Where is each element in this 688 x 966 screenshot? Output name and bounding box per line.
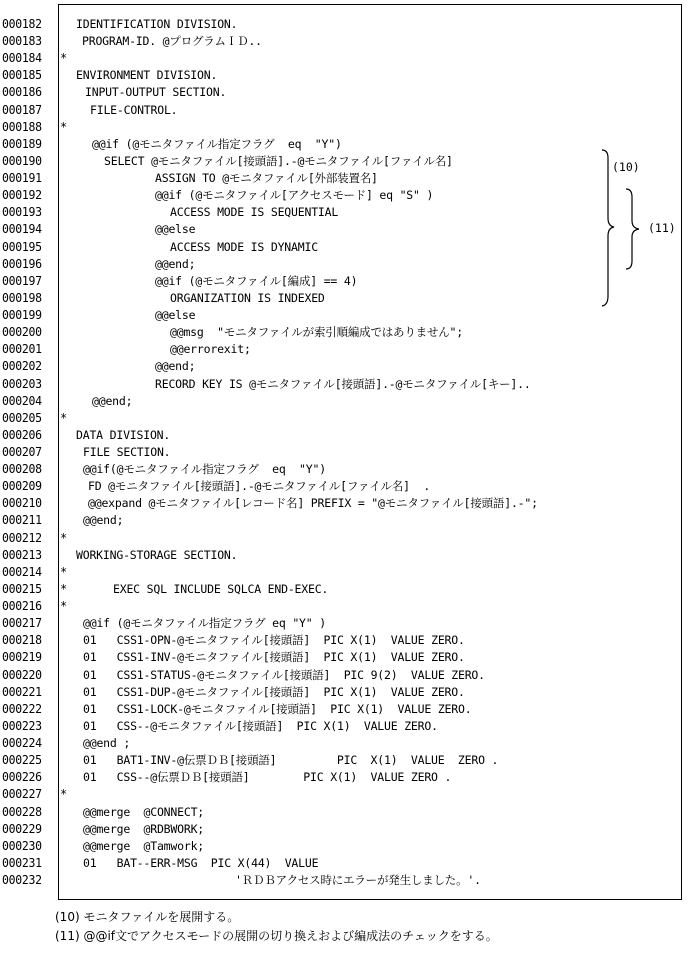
line-number: 000216 — [2, 598, 56, 616]
code-line: @@if (@モニタファイル指定フラグ eq "Y") — [92, 136, 342, 153]
line-number: 000225 — [2, 752, 56, 770]
line-number: 000204 — [2, 393, 56, 411]
line-number: 000224 — [2, 735, 56, 753]
comment-marker: * — [60, 581, 67, 598]
code-line: @@merge @RDBWORK; — [83, 821, 204, 838]
code-line: @@if (@モニタファイル指定フラグ eq "Y" ) — [83, 615, 326, 632]
footnote-10: (10) モニタファイルを展開する。 — [55, 908, 239, 926]
code-line: ASSIGN TO @モニタファイル[外部装置名] — [155, 170, 378, 187]
line-number: 000209 — [2, 478, 56, 496]
code-line: @@errorexit; — [170, 341, 251, 358]
comment-marker: * — [60, 530, 67, 547]
code-line: @@end; — [83, 512, 123, 529]
line-number: 000187 — [2, 102, 56, 120]
line-number: 000184 — [2, 50, 56, 68]
code-line: FD @モニタファイル[接頭語].-@モニタファイル[ファイル名] . — [88, 478, 430, 495]
line-number: 000226 — [2, 769, 56, 787]
line-number: 000229 — [2, 821, 56, 839]
line-number: 000231 — [2, 855, 56, 873]
code-line: @@msg "モニタファイルが索引順編成ではありません"; — [170, 324, 463, 341]
line-number: 000218 — [2, 632, 56, 650]
line-number: 000188 — [2, 119, 56, 137]
brace-10-label: (10) — [612, 159, 640, 176]
line-number: 000202 — [2, 358, 56, 376]
line-number: 000205 — [2, 410, 56, 428]
line-number: 000194 — [2, 221, 56, 239]
code-line: @@expand @モニタファイル[レコード名] PREFIX = "@モニタフ… — [88, 495, 538, 512]
code-line: @@else — [155, 307, 195, 324]
code-line: ENVIRONMENT DIVISION. — [76, 67, 217, 84]
line-number: 000220 — [2, 667, 56, 685]
footnote-11: (11) @@if文でアクセスモードの展開の切り換えおよび編成法のチェックをする… — [55, 927, 498, 945]
line-number: 000200 — [2, 324, 56, 342]
line-number: 000213 — [2, 547, 56, 565]
code-line: @@end; — [92, 393, 132, 410]
line-number: 000189 — [2, 136, 56, 154]
line-number: 000232 — [2, 872, 56, 890]
line-number: 000190 — [2, 153, 56, 171]
comment-marker: * — [60, 50, 67, 67]
brace-11-icon — [624, 187, 642, 271]
line-number: 000203 — [2, 376, 56, 394]
code-line: @@if (@モニタファイル[アクセスモード] eq "S" ) — [155, 187, 433, 204]
comment-marker: * — [60, 564, 67, 581]
code-line: ACCESS MODE IS DYNAMIC — [170, 239, 318, 256]
line-number: 000219 — [2, 649, 56, 667]
line-number: 000191 — [2, 170, 56, 188]
line-number: 000221 — [2, 684, 56, 702]
code-line: INPUT-OUTPUT SECTION. — [85, 84, 226, 101]
comment-marker: * — [60, 410, 67, 427]
line-number: 000183 — [2, 33, 56, 51]
code-line: @@merge @CONNECT; — [83, 804, 204, 821]
code-line: @@end; — [155, 358, 195, 375]
code-line: 01 CSS1-DUP-@モニタファイル[接頭語] PIC X(1) VALUE… — [83, 684, 465, 701]
line-number: 000214 — [2, 564, 56, 582]
brace-11-label: (11) — [648, 220, 676, 237]
code-line: RECORD KEY IS @モニタファイル[接頭語].-@モニタファイル[キー… — [155, 376, 531, 393]
line-number: 000217 — [2, 615, 56, 633]
code-line: 01 CSS--@モニタファイル[接頭語] PIC X(1) VALUE ZER… — [83, 718, 438, 735]
code-line: 01 CSS1-STATUS-@モニタファイル[接頭語] PIC 9(2) VA… — [83, 667, 485, 684]
code-line: PROGRAM-ID. @プログラムＩＤ.. — [82, 33, 262, 50]
line-number: 000198 — [2, 290, 56, 308]
code-line: FILE SECTION. — [83, 444, 170, 461]
line-number: 000182 — [2, 16, 56, 34]
line-number: 000227 — [2, 786, 56, 804]
code-line: WORKING-STORAGE SECTION. — [76, 547, 237, 564]
line-number: 000196 — [2, 256, 56, 274]
line-number: 000210 — [2, 495, 56, 513]
code-line: @@end; — [155, 256, 195, 273]
line-number: 000215 — [2, 581, 56, 599]
comment-marker: * — [60, 119, 67, 136]
line-number: 000206 — [2, 427, 56, 445]
code-line: 01 CSS1-LOCK-@モニタファイル[接頭語] PIC X(1) VALU… — [83, 701, 471, 718]
line-number: 000222 — [2, 701, 56, 719]
code-line: @@end ; — [83, 735, 130, 752]
line-number: 000192 — [2, 187, 56, 205]
code-line: IDENTIFICATION DIVISION. — [76, 16, 237, 33]
line-number: 000207 — [2, 444, 56, 462]
line-number: 000228 — [2, 804, 56, 822]
line-number: 000197 — [2, 273, 56, 291]
line-number: 000199 — [2, 307, 56, 325]
code-line: 01 CSS1-INV-@モニタファイル[接頭語] PIC X(1) VALUE… — [83, 649, 465, 666]
code-line: 01 CSS--@伝票ＤＢ[接頭語] PIC X(1) VALUE ZERO . — [83, 769, 451, 786]
comment-marker: * — [60, 598, 67, 615]
line-number: 000212 — [2, 530, 56, 548]
code-line: EXEC SQL INCLUDE SQLCA END-EXEC. — [113, 581, 328, 598]
code-line: FILE-CONTROL. — [90, 102, 177, 119]
code-line: 'ＲＤＢアクセス時にエラーが発生しました。'. — [235, 872, 481, 889]
line-number: 000186 — [2, 84, 56, 102]
line-number: 000195 — [2, 239, 56, 257]
line-number: 000208 — [2, 461, 56, 479]
code-line: @@merge @Tamwork; — [83, 838, 204, 855]
code-line: @@if(@モニタファイル指定フラグ eq "Y") — [83, 461, 326, 478]
code-line: 01 BAT--ERR-MSG PIC X(44) VALUE — [83, 855, 318, 872]
line-number: 000185 — [2, 67, 56, 85]
code-line: ORGANIZATION IS INDEXED — [170, 290, 325, 307]
comment-marker: * — [60, 786, 67, 803]
code-line: ACCESS MODE IS SEQUENTIAL — [170, 204, 338, 221]
line-number: 000223 — [2, 718, 56, 736]
code-line: @@else — [155, 221, 195, 238]
line-number: 000201 — [2, 341, 56, 359]
code-line: SELECT @モニタファイル[接頭語].-@モニタファイル[ファイル名] — [104, 153, 453, 170]
code-line: @@if (@モニタファイル[編成] == 4) — [155, 273, 357, 290]
code-line: 01 CSS1-OPN-@モニタファイル[接頭語] PIC X(1) VALUE… — [83, 632, 465, 649]
line-number: 000193 — [2, 204, 56, 222]
line-number: 000211 — [2, 512, 56, 530]
line-number: 000230 — [2, 838, 56, 856]
code-line: DATA DIVISION. — [76, 427, 170, 444]
code-line: 01 BAT1-INV-@伝票ＤＢ[接頭語] PIC X(1) VALUE ZE… — [83, 752, 498, 769]
